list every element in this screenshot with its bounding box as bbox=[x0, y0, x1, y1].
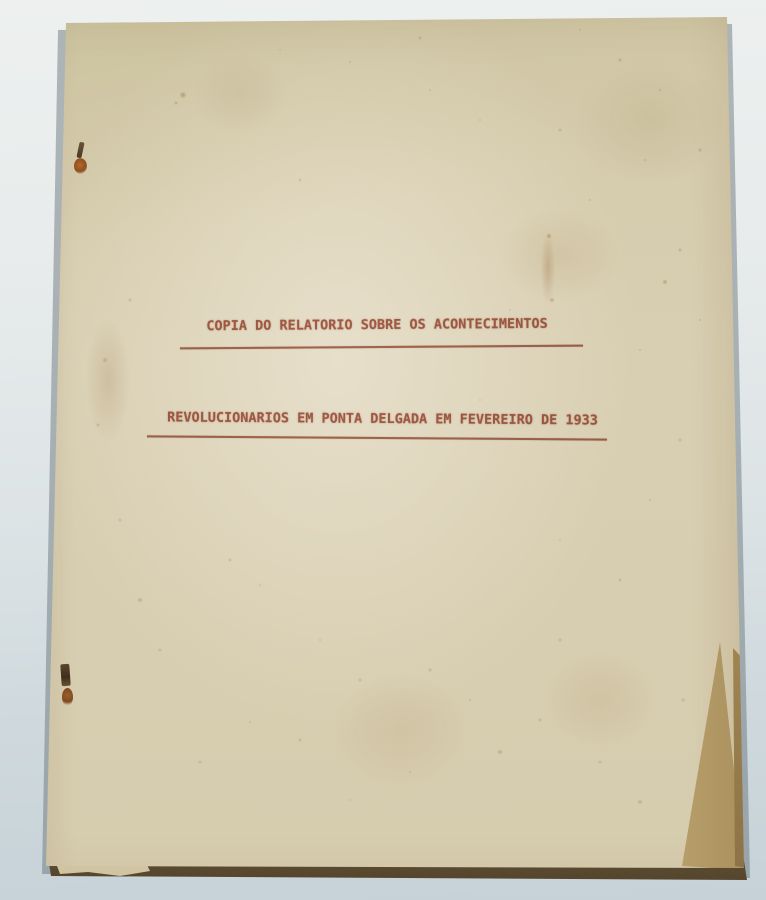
cover-title-line-2: REVOLUCIONARIOS EM PONTA DELGADA EM FEVE… bbox=[151, 409, 614, 428]
booklet-cover: COPIA DO RELATORIO SOBRE OS ACONTECIMENT… bbox=[0, 0, 766, 900]
photo-scene: COPIA DO RELATORIO SOBRE OS ACONTECIMENT… bbox=[0, 0, 766, 900]
cover-title-line-1: COPIA DO RELATORIO SOBRE OS ACONTECIMENT… bbox=[177, 316, 577, 335]
staple-bottom-rust-stain bbox=[62, 688, 73, 706]
staple-bottom-wire bbox=[60, 664, 71, 687]
staple-top-rust-stain bbox=[74, 158, 87, 174]
paper-vignette bbox=[0, 0, 766, 900]
